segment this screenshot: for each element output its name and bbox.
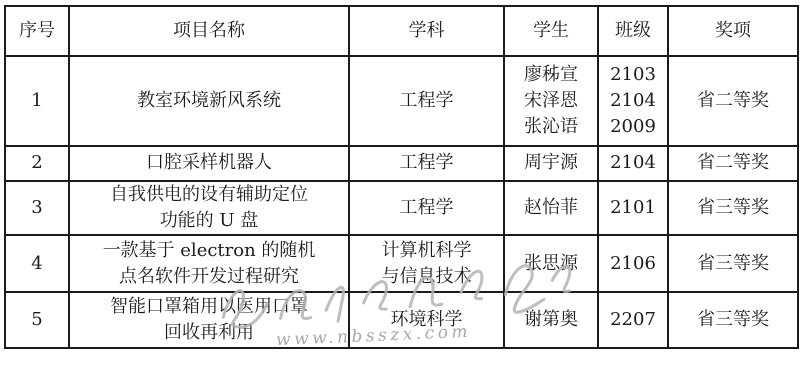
cell-no: 5 — [5, 292, 69, 348]
cell-student: 赵怡菲 — [504, 181, 598, 235]
cell-subject: 工程学 — [349, 56, 504, 146]
table-row: 3 自我供电的设有辅助定位 功能的 U 盘 工程学 赵怡菲 2101 省三等奖 — [5, 181, 798, 235]
table-row: 1 教室环境新风系统 工程学 廖秭宣 宋泽恩 张沁语 2103 2104 200… — [5, 56, 798, 146]
column-header-project: 项目名称 — [69, 6, 349, 56]
cell-student: 张思源 — [504, 235, 598, 292]
cell-class: 2101 — [598, 181, 668, 235]
cell-award: 省三等奖 — [668, 292, 798, 348]
cell-class: 2207 — [598, 292, 668, 348]
table-row: 4 一款基于 electron 的随机 点名软件开发过程研究 计算机科学 与信息… — [5, 235, 798, 292]
cell-subject: 环境科学 — [349, 292, 504, 348]
cell-subject: 工程学 — [349, 146, 504, 181]
header-row: 序号 项目名称 学科 学生 班级 奖项 — [5, 6, 798, 56]
cell-award: 省二等奖 — [668, 146, 798, 181]
cell-student: 谢第奥 — [504, 292, 598, 348]
cell-no: 4 — [5, 235, 69, 292]
awards-table: 序号 项目名称 学科 学生 班级 奖项 1 教室环境新风系统 工程学 廖秭宣 宋… — [4, 5, 799, 349]
cell-project: 教室环境新风系统 — [69, 56, 349, 146]
cell-subject: 计算机科学 与信息技术 — [349, 235, 504, 292]
table-row: 5 智能口罩箱用以医用口罩 回收再利用 环境科学 谢第奥 2207 省三等奖 — [5, 292, 798, 348]
cell-award: 省三等奖 — [668, 235, 798, 292]
cell-class: 2106 — [598, 235, 668, 292]
cell-no: 1 — [5, 56, 69, 146]
column-header-class: 班级 — [598, 6, 668, 56]
cell-student: 廖秭宣 宋泽恩 张沁语 — [504, 56, 598, 146]
cell-project: 一款基于 electron 的随机 点名软件开发过程研究 — [69, 235, 349, 292]
column-header-subject: 学科 — [349, 6, 504, 56]
cell-award: 省三等奖 — [668, 181, 798, 235]
cell-student: 周宇源 — [504, 146, 598, 181]
column-header-student: 学生 — [504, 6, 598, 56]
cell-class: 2104 — [598, 146, 668, 181]
cell-subject: 工程学 — [349, 181, 504, 235]
awards-table-container: 序号 项目名称 学科 学生 班级 奖项 1 教室环境新风系统 工程学 廖秭宣 宋… — [4, 5, 799, 349]
column-header-no: 序号 — [5, 6, 69, 56]
cell-project: 口腔采样机器人 — [69, 146, 349, 181]
cell-project: 智能口罩箱用以医用口罩 回收再利用 — [69, 292, 349, 348]
table-row: 2 口腔采样机器人 工程学 周宇源 2104 省二等奖 — [5, 146, 798, 181]
cell-award: 省二等奖 — [668, 56, 798, 146]
cell-project: 自我供电的设有辅助定位 功能的 U 盘 — [69, 181, 349, 235]
cell-no: 3 — [5, 181, 69, 235]
column-header-award: 奖项 — [668, 6, 798, 56]
cell-no: 2 — [5, 146, 69, 181]
cell-class: 2103 2104 2009 — [598, 56, 668, 146]
